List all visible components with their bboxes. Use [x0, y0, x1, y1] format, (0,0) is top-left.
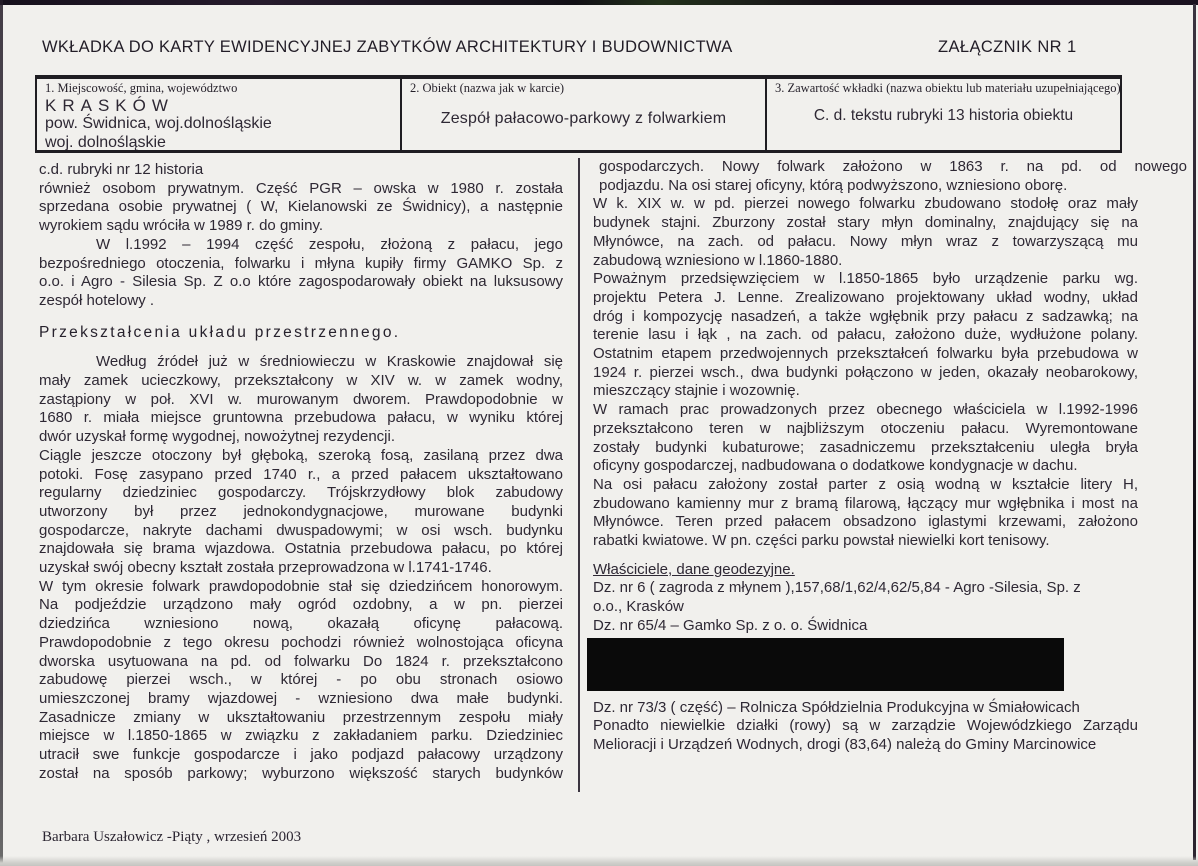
field-label: 2. Obiekt (nazwa jak w karcie) [410, 82, 757, 94]
text-line: zbudowano kamienny mur z bramą filarową,… [593, 495, 1138, 514]
author-credit: Barbara Uszałowicz -Piąty , wrzesień 200… [42, 829, 301, 846]
text-line: zabudowę pierzei wsch., w której - po ob… [39, 671, 563, 690]
text-line: zespół hotelowy . [39, 292, 563, 311]
text-line: rabatki kwiatowe. W pn. części parku pow… [593, 532, 1138, 551]
field-zawartosc: 3. Zawartość wkładki (nazwa obiektu lub … [765, 79, 1120, 150]
text-line: Ponadto niewielkie działki (rowy) są w z… [593, 717, 1138, 736]
text-line: Prawdopodobnie z tego okresu pochodzi ró… [39, 634, 563, 653]
text-line: zabudową wzniesiono w l.1860-1880. [593, 252, 1138, 271]
field-value-voivodeship: woj. dolnośląskie [45, 134, 392, 151]
document-title: WKŁADKA DO KARTY EWIDENCYJNEJ ZABYTKÓW A… [42, 38, 733, 57]
text-line: potoki. Fosę zasypano przed 1740 r., a p… [39, 466, 563, 485]
text-line: Poważnym przedsięwzięciem w l.1850-1865 … [593, 270, 1138, 289]
text-line: Ciągle jeszcze otoczony był głęboką, sze… [39, 447, 563, 466]
text-line: utracił swe funkcje gospodarcze i jako p… [39, 746, 563, 765]
scan-artifact-bottom-edge [0, 856, 1198, 866]
text-line: gospodarcze, nakryte dachami dwuspadowym… [39, 522, 563, 541]
text-line: zastąpiony w poł. XVI w. murowanym dwore… [39, 391, 563, 410]
text-line: również osobom prywatnym. Część PGR – ow… [39, 180, 563, 199]
text-line: projektu Petera J. Lenne. Zrealizowano p… [593, 289, 1138, 308]
text-line: gospodarczych. Nowy folwark założono w 1… [593, 158, 1187, 177]
blank-line [593, 551, 1138, 561]
text-line: Ostatnim etapem przedwojennych przekszta… [593, 345, 1138, 364]
text-line: zostały budynki kubaturowe; zasadniczemu… [593, 439, 1138, 458]
text-line: W tym okresie folwark prawdopodobnie sta… [39, 578, 563, 597]
field-value-powiat: pow. Świdnica, woj.dolnośląskie [45, 115, 392, 134]
text-line: budynek stajni. Zburzony został stary mł… [593, 214, 1138, 233]
field-label: 3. Zawartość wkładki (nazwa obiektu lub … [775, 82, 1112, 94]
text-line: dziedzińca wzniesiono nową, okazałą ofic… [39, 615, 563, 634]
text-line: o.o., Krasków [593, 598, 1138, 617]
text-line: Dz. nr 65/4 – Gamko Sp. z o. o. Świdnica [593, 617, 1138, 636]
redaction-box [587, 638, 1064, 691]
text-line: Melioracji i Urządzeń Wodnych, drogi (83… [593, 736, 1138, 755]
scan-artifact-right-edge [1193, 4, 1196, 860]
text-line: Zasadnicze zmiany w ukształtowaniu przes… [39, 709, 563, 728]
attachment-label: ZAŁĄCZNIK NR 1 [938, 38, 1077, 57]
text-line: dworska usytuowana na pd. od folwarku Do… [39, 653, 563, 672]
column-divider [578, 158, 580, 792]
text-line: sprzedana osobie prywatnej ( W, Kielanow… [39, 198, 563, 217]
document-scan: WKŁADKA DO KARTY EWIDENCYJNEJ ZABYTKÓW A… [0, 0, 1198, 866]
scan-artifact-left-edge [0, 0, 3, 866]
scan-artifact-top-edge [0, 0, 1198, 5]
text-line: umieszczonej bramy wjazdowej - wzniesion… [39, 690, 563, 709]
text-line: znajdowała się brama wjazdowa. Ostatnia … [39, 540, 563, 559]
text-line: c.d. rubryki nr 12 historia [39, 161, 563, 180]
right-text-column: gospodarczych. Nowy folwark założono w 1… [593, 158, 1138, 755]
text-line: dwór uzyskał formę wygodnej, nowożytnej … [39, 428, 563, 447]
text-line: terenie lasu i łąk , na zach. od pałacu,… [593, 326, 1138, 345]
text-line: Na podjeździe urządzono mały ogród ozdob… [39, 596, 563, 615]
text-line: W ramach prac prowadzonych przez obecneg… [593, 401, 1138, 420]
text-line: 1924 r. pierzei wsch., dwa budynki połąc… [593, 364, 1138, 383]
text-line: bezpośredniego otoczenia, folwarku i mły… [39, 255, 563, 274]
left-text-column: c.d. rubryki nr 12 historiarównież osobo… [39, 161, 563, 784]
text-line: wyrokiem sądu wróciła w 1989 r. do gminy… [39, 217, 563, 236]
text-line: przekształcono teren w najbliższym otocz… [593, 420, 1138, 439]
text-line: utworzony był przez jednokondygnacjowe, … [39, 503, 563, 522]
text-line: dróg i kompozycję nasadzeń, a także wgłę… [593, 308, 1138, 327]
field-value-contents: C. d. tekstu rubryki 13 historia obiektu [775, 107, 1112, 125]
text-line: Według źródeł już w średniowieczu w Kras… [39, 353, 563, 372]
text-line: mieszczący stajnie i wozownię. [593, 382, 1138, 401]
text-line: Dz. nr 6 ( zagroda z młynem ),157,68/1,6… [593, 579, 1138, 598]
text-line: o.o. i Agro - Silesia Sp. Z o.o które za… [39, 273, 563, 292]
text-line: uzyskał swój obecny kształt została prze… [39, 559, 563, 578]
text-line: został na sposób parkowy; wyburzono więk… [39, 765, 563, 784]
header-table: 1. Miejscowość, gmina, województwo KRASK… [35, 75, 1122, 153]
text-line: Młynówce. Teren przed pałacem obsadzono … [593, 513, 1138, 532]
text-line: Dz. nr 73/3 ( część) – Rolnicza Spółdzie… [593, 699, 1138, 718]
text-line: regularny dziedziniec gospodarczy. Trójs… [39, 484, 563, 503]
section-heading: Przekształcenia układu przestrzennego. [39, 324, 563, 343]
field-value-town: KRASKÓW [45, 96, 392, 115]
text-line: oficyny gospodarczej, nadbudowana o doda… [593, 457, 1138, 476]
text-line: Właściciele, dane geodezyjne. [593, 561, 1138, 580]
text-line: Młynówce, na zach. od pałacu. Nowy młyn … [593, 233, 1138, 252]
text-line: mały zamek ucieczkowy, przekształcony w … [39, 372, 563, 391]
text-line: 1680 r. miała miejsce gruntowna przebudo… [39, 409, 563, 428]
text-line: Na osi pałacu założony został parter z o… [593, 476, 1138, 495]
field-miejscowosc: 1. Miejscowość, gmina, województwo KRASK… [37, 79, 400, 150]
text-line: W l.1992 – 1994 część zespołu, złożoną z… [39, 236, 563, 255]
field-value-object: Zespół pałacowo-parkowy z folwarkiem [410, 110, 757, 128]
field-label: 1. Miejscowość, gmina, województwo [45, 82, 392, 94]
text-line: podjazdu. Na osi starej oficyny, którą p… [593, 177, 1138, 196]
field-obiekt: 2. Obiekt (nazwa jak w karcie) Zespół pa… [400, 79, 765, 150]
text-line: miejsce w l.1850-1865 w związku z zakład… [39, 727, 563, 746]
text-line: W k. XIX w. w pd. pierzei nowego folwark… [593, 195, 1138, 214]
